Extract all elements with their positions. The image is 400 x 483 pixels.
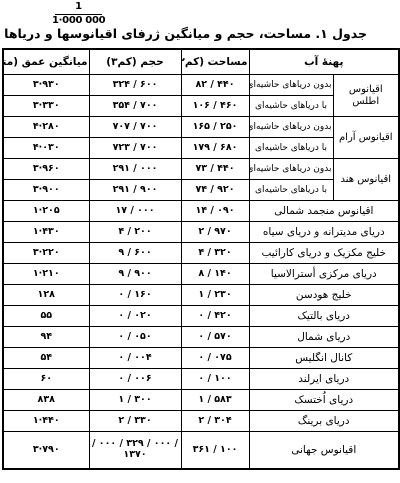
area-cell: ۱۶۵ / ۲۵۰ bbox=[181, 117, 249, 138]
table-row: دریای ایرلند ۰ / ۱۰۰ ۰ / ۰۰۶ ۶۰ bbox=[3, 369, 399, 390]
scale-fraction: 1 1·000 000 bbox=[52, 1, 105, 26]
area-cell: ۸ / ۱۴۰ bbox=[181, 264, 249, 285]
volume-cell: ۹ / ۶۰۰ bbox=[89, 243, 181, 264]
volume-cell: ۳۲۴ / ۶۰۰ bbox=[89, 75, 181, 96]
depth-cell: ۳·۹۶۰ bbox=[3, 159, 89, 180]
volume-cell: ۰ / ۰۵۰ bbox=[89, 327, 181, 348]
area-cell: ۷۳ / ۴۴۰ bbox=[181, 159, 249, 180]
depth-cell: ۳·۳۳۰ bbox=[3, 96, 89, 117]
volume-cell: ۴ / ۲۰۰ bbox=[89, 222, 181, 243]
area-cell: ۱ / ۲۳۰ bbox=[181, 285, 249, 306]
water-body-cell: خلیج هودسن bbox=[249, 285, 399, 306]
volume-cell: ۹ / ۹۰۰ bbox=[89, 264, 181, 285]
ocean-name-cell: اقیانوس اطلس bbox=[333, 75, 399, 117]
area-cell: ۱۷۹ / ۶۸۰ bbox=[181, 138, 249, 159]
depth-cell: ۳·۹۳۰ bbox=[3, 75, 89, 96]
sub-label-cell: با دریاهای حاشیه‌ای bbox=[249, 138, 333, 159]
area-cell: ۰ / ۴۲۰ bbox=[181, 306, 249, 327]
scale-fraction-numerator: 1 bbox=[55, 1, 102, 15]
water-body-cell: دریای برینگ bbox=[249, 411, 399, 432]
volume-cell: ۱ / ۳۰۰ bbox=[89, 390, 181, 411]
volume-cell: ۱۷ / ۰۰۰ bbox=[89, 201, 181, 222]
area-cell: ۲ / ۹۷۰ bbox=[181, 222, 249, 243]
volume-cell: ۲۹۱ / ۹۰۰ bbox=[89, 180, 181, 201]
water-body-cell: دریای مرکزی أسترالاسیا bbox=[249, 264, 399, 285]
sub-label-cell: بدون دریاهای حاشیه‌ای bbox=[249, 159, 333, 180]
depth-cell: ۱·۴۴۰ bbox=[3, 411, 89, 432]
volume-cell: / ۰۰۰ / ۳۲۹ / ۰۰۰ / ۱۳۷۰ bbox=[89, 432, 181, 470]
volume-cell: ۲۹۱ / ۰۰۰ bbox=[89, 159, 181, 180]
depth-cell: ۳·۹۰۰ bbox=[3, 180, 89, 201]
scanned-table-page: 1 1·000 000 جدول ۱. مساحت، حجم و میانگین… bbox=[0, 0, 400, 483]
area-cell: ۱ / ۵۸۳ bbox=[181, 390, 249, 411]
table-row: اقیانوس منجمد شمالی ۱۴ / ۰۹۰ ۱۷ / ۰۰۰ ۱·… bbox=[3, 201, 399, 222]
table-row: دریای برینگ ۲ / ۳۰۴ ۲ / ۳۳۰ ۱·۴۴۰ bbox=[3, 411, 399, 432]
depth-cell: ۱·۲۱۰ bbox=[3, 264, 89, 285]
volume-cell: ۷۲۳ / ۷۰۰ bbox=[89, 138, 181, 159]
sub-label-cell: بدون دریاهای حاشیه‌ای bbox=[249, 117, 333, 138]
area-cell: ۴ / ۳۲۰ bbox=[181, 243, 249, 264]
water-body-cell: دریای ایرلند bbox=[249, 369, 399, 390]
depth-cell: ۹۴ bbox=[3, 327, 89, 348]
area-cell: ۷۴ / ۹۲۰ bbox=[181, 180, 249, 201]
depth-cell: ۵۵ bbox=[3, 306, 89, 327]
depth-cell: ۶۰ bbox=[3, 369, 89, 390]
depth-cell: ۳·۷۹۰ bbox=[3, 432, 89, 470]
sub-label-cell: بدون دریاهای حاشیه‌ای bbox=[249, 75, 333, 96]
volume-cell: ۷۰۷ / ۷۰۰ bbox=[89, 117, 181, 138]
table-row: اقیانوس اطلس بدون دریاهای حاشیه‌ای ۸۲ / … bbox=[3, 75, 399, 96]
area-cell: ۲ / ۳۰۴ bbox=[181, 411, 249, 432]
depth-cell: ۱·۲۰۵ bbox=[3, 201, 89, 222]
depth-cell: ۵۴ bbox=[3, 348, 89, 369]
area-cell: ۳۶۱ / ۱۰۰ bbox=[181, 432, 249, 470]
water-body-cell: خلیج مکزیک و دریای کارائیب bbox=[249, 243, 399, 264]
table-title: جدول ۱. مساحت، حجم و میانگین ژرفای اقیان… bbox=[0, 26, 367, 41]
table-row: دریای شمال ۰ / ۵۷۰ ۰ / ۰۵۰ ۹۴ bbox=[3, 327, 399, 348]
table-row: دریای مدیترانه و دریای سیاه ۲ / ۹۷۰ ۴ / … bbox=[3, 222, 399, 243]
area-cell: ۰ / ۰۷۵ bbox=[181, 348, 249, 369]
table-row: خلیج هودسن ۱ / ۲۳۰ ۰ / ۱۶۰ ۱۲۸ bbox=[3, 285, 399, 306]
area-cell: ۰ / ۵۷۰ bbox=[181, 327, 249, 348]
water-body-cell: اقیانوس منجمد شمالی bbox=[249, 201, 399, 222]
ocean-name-cell: اقیانوس هند bbox=[333, 159, 399, 201]
area-cell: ۸۲ / ۴۴۰ bbox=[181, 75, 249, 96]
volume-cell: ۰ / ۰۰۴ bbox=[89, 348, 181, 369]
oceans-table: پهنهٔ آب مساحت (کم۲) حجم (کم۳) میانگین ع… bbox=[2, 48, 400, 470]
water-body-cell: دریای مدیترانه و دریای سیاه bbox=[249, 222, 399, 243]
area-cell: ۱۰۶ / ۴۶۰ bbox=[181, 96, 249, 117]
table-row: خلیج مکزیک و دریای کارائیب ۴ / ۳۲۰ ۹ / ۶… bbox=[3, 243, 399, 264]
header-row: پهنهٔ آب مساحت (کم۲) حجم (کم۳) میانگین ع… bbox=[3, 49, 399, 75]
volume-cell: ۲ / ۳۳۰ bbox=[89, 411, 181, 432]
sub-label-cell: با دریاهای حاشیه‌ای bbox=[249, 180, 333, 201]
volume-line-2: ۱۳۷۰ bbox=[91, 450, 180, 461]
water-body-cell: دریای اُختسک bbox=[249, 390, 399, 411]
volume-cell: ۰ / ۱۶۰ bbox=[89, 285, 181, 306]
depth-cell: ۳·۲۲۰ bbox=[3, 243, 89, 264]
header-volume: حجم (کم۳) bbox=[89, 49, 181, 75]
header-depth: میانگین عمق (متر) bbox=[3, 49, 89, 75]
water-body-cell: اقیانوس جهانی bbox=[249, 432, 399, 470]
table-row: کانال انگلیس ۰ / ۰۷۵ ۰ / ۰۰۴ ۵۴ bbox=[3, 348, 399, 369]
table-row: اقیانوس آرام بدون دریاهای حاشیه‌ای ۱۶۵ /… bbox=[3, 117, 399, 138]
depth-cell: ۱·۴۳۰ bbox=[3, 222, 89, 243]
table-row: دریای اُختسک ۱ / ۵۸۳ ۱ / ۳۰۰ ۸۳۸ bbox=[3, 390, 399, 411]
depth-cell: ۴·۰۳۰ bbox=[3, 138, 89, 159]
sub-label-cell: با دریاهای حاشیه‌ای bbox=[249, 96, 333, 117]
volume-cell: ۰ / ۰۰۶ bbox=[89, 369, 181, 390]
world-ocean-total-row: اقیانوس جهانی ۳۶۱ / ۱۰۰ / ۰۰۰ / ۳۲۹ / ۰۰… bbox=[3, 432, 399, 470]
depth-cell: ۱۲۸ bbox=[3, 285, 89, 306]
depth-cell: ۴·۲۸۰ bbox=[3, 117, 89, 138]
header-area: مساحت (کم۲) bbox=[181, 49, 249, 75]
table-row: دریای مرکزی أسترالاسیا ۸ / ۱۴۰ ۹ / ۹۰۰ ۱… bbox=[3, 264, 399, 285]
volume-cell: ۳۵۴ / ۷۰۰ bbox=[89, 96, 181, 117]
area-cell: ۱۴ / ۰۹۰ bbox=[181, 201, 249, 222]
table-row: اقیانوس هند بدون دریاهای حاشیه‌ای ۷۳ / ۴… bbox=[3, 159, 399, 180]
ocean-name-cell: اقیانوس آرام bbox=[333, 117, 399, 159]
water-body-cell: دریای بالتیک bbox=[249, 306, 399, 327]
header-water-body: پهنهٔ آب bbox=[249, 49, 399, 75]
depth-cell: ۸۳۸ bbox=[3, 390, 89, 411]
water-body-cell: دریای شمال bbox=[249, 327, 399, 348]
table-row: دریای بالتیک ۰ / ۴۲۰ ۰ / ۰۲۰ ۵۵ bbox=[3, 306, 399, 327]
area-cell: ۰ / ۱۰۰ bbox=[181, 369, 249, 390]
scale-fraction-denominator: 1·000 000 bbox=[52, 15, 105, 27]
volume-cell: ۰ / ۰۲۰ bbox=[89, 306, 181, 327]
water-body-cell: کانال انگلیس bbox=[249, 348, 399, 369]
